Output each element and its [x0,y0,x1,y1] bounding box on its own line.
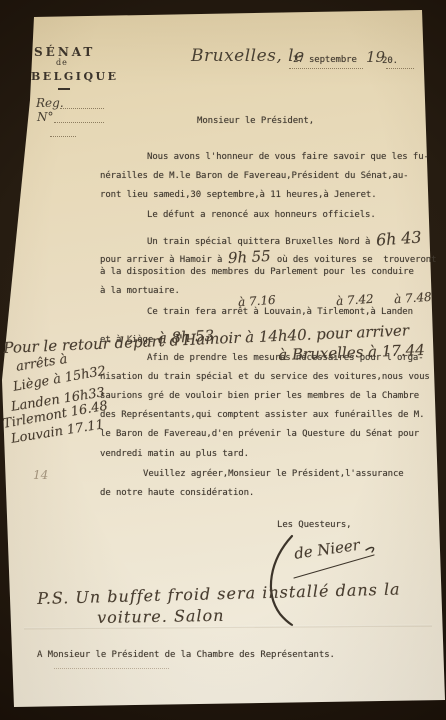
pencil-mark: 14 [33,468,48,482]
typed-line-hamoir-arrival: pour arriver à Hamoir à 9h 55 où des voi… [100,248,436,266]
typed-line: ront lieu samedi,30 septembre,à 11 heure… [100,190,377,200]
letterhead-senat: SÉNAT [34,45,95,59]
reg-blank-line [60,108,104,109]
typed-line: le Baron de Favereau,d'en prévenir la Qu… [100,429,419,439]
typed-line: nisation du train spécial et du service … [100,372,430,382]
no-blank-line [54,122,104,123]
handwritten-arrival-time: 9h 55 [228,247,271,267]
handwritten-tirlemont-time: à 7.42 [336,292,375,309]
typed-line: Veuillez agréer,Monsieur le Président,l'… [143,469,404,479]
letterhead-de: de [56,58,68,67]
typed-text: Un train spécial quittera Bruxelles Nord… [147,237,370,247]
typed-line: Nous avons l'honneur de vous faire savoi… [147,152,429,162]
typed-line: Ce train fera arrêt à Louvain,à Tirlemon… [147,307,413,317]
typed-line: à la disposition des membres du Parlemen… [100,267,414,277]
typed-text: où des voitures se trouveront [277,255,437,265]
typed-line: de notre haute considération. [100,488,254,498]
dateline-place: Bruxelles, le [191,46,305,66]
typed-line: Afin de prendre les mesures nécessaires … [147,353,424,363]
footer-address: A Monsieur le Président de la Chambre de… [37,650,335,660]
salutation: Monsieur le Président, [197,116,314,126]
typed-line-train-departure: Un train spécial quittera Bruxelles Nord… [147,229,422,248]
ps-line2: voiture. Salon [97,606,225,627]
typed-line: des Représentants,qui comptent assister … [100,410,424,420]
typed-line: saurions gré de vouloir bien prier les m… [100,391,419,401]
typed-text: pour arriver à Hamoir à [100,255,222,265]
extra-blank-line [50,136,76,137]
dateline-underline-1 [289,68,363,69]
no-label: N° [37,110,54,124]
handwritten-departure-time: 6h 43 [376,227,423,249]
dateline-underline-2 [386,68,414,69]
dateline-year-typed: 20. [382,56,398,66]
letterhead-belgique: BELGIQUE [31,70,119,83]
photographed-letter: SÉNAT de BELGIQUE Reg. N° Bruxelles, le … [0,0,446,720]
footer-faint-line [54,668,169,669]
dateline-date: 27 septembre [293,55,357,65]
typed-line: vendredi matin au plus tard. [100,449,249,459]
letterhead-rule [58,88,70,90]
typed-line: à la mortuaire. [100,286,180,296]
typed-line: Le défunt a renoncé aux honneurs officie… [147,210,376,220]
typed-line: nérailles de M.le Baron de Favereau,Prés… [100,171,408,181]
handwritten-landen-time: à 7.48 [394,290,433,307]
